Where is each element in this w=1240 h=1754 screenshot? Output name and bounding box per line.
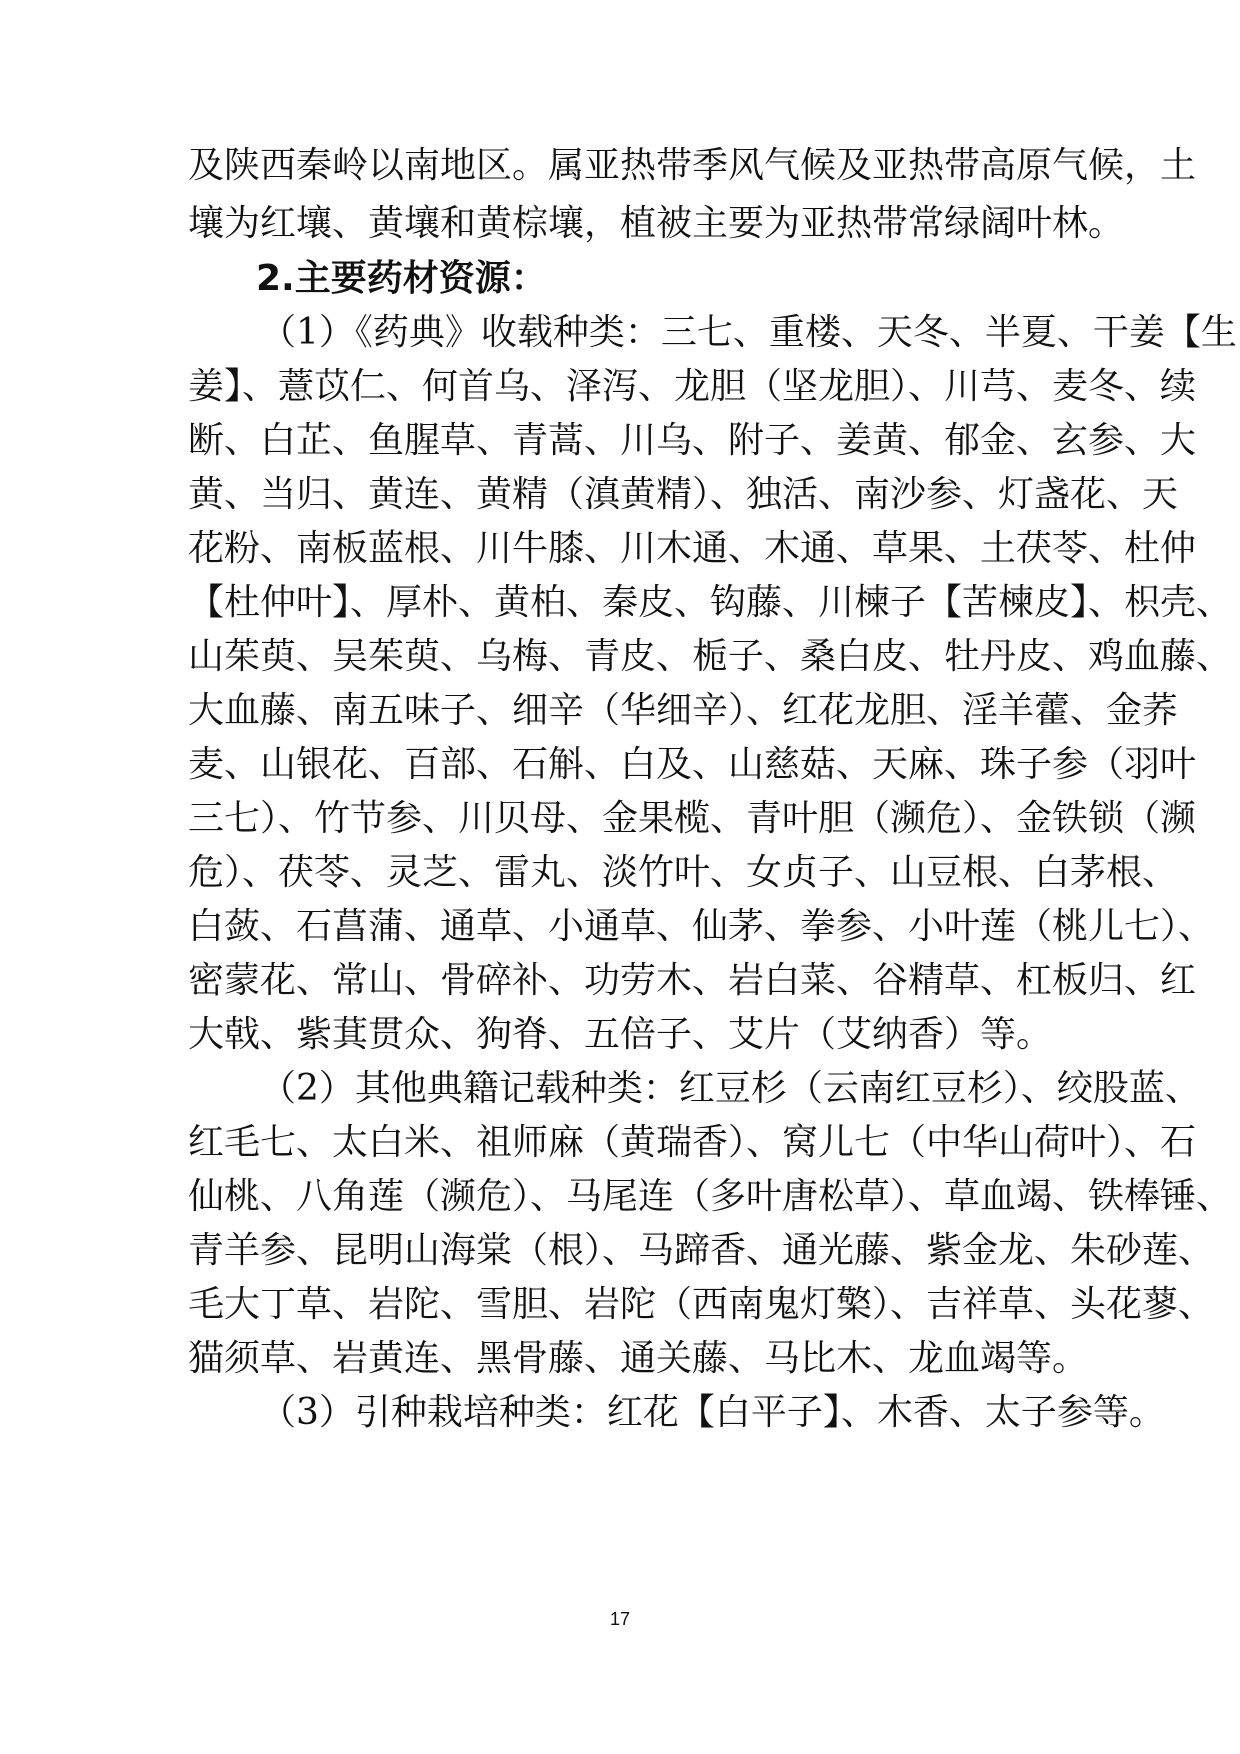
paragraph-line: 三七）、竹节参、川贝母、金果榄、青叶胆（濒危）、金铁锁（濒 [188, 790, 1052, 848]
paragraph-line: （2）其他典籍记载种类：红豆杉（云南红豆杉）、绞股蓝、 [260, 1060, 1052, 1118]
paragraph-line: 红毛七、太白米、祖师麻（黄瑞香）、窝儿七（中华山荷叶）、石 [188, 1114, 1052, 1172]
paragraph-line: （3）引种栽培种类：红花【白平子】、木香、太子参等。 [260, 1384, 1052, 1442]
paragraph-line: 断、白芷、鱼腥草、青蒿、川乌、附子、姜黄、郁金、玄参、大 [188, 412, 1052, 470]
paragraph-line: 大戟、紫萁贯众、狗脊、五倍子、艾片（艾纳香）等。 [188, 1006, 1052, 1064]
section-heading: 2.主要药材资源： [256, 250, 547, 308]
paragraph-line: 仙桃、八角莲（濒危）、马尾连（多叶唐松草）、草血竭、铁棒锤、 [188, 1168, 1052, 1226]
paragraph-line: 【杜仲叶】、厚朴、黄柏、秦皮、钩藤、川楝子【苦楝皮】、枳壳、 [188, 574, 1052, 632]
paragraph-line: 危）、茯苓、灵芝、雷丸、淡竹叶、女贞子、山豆根、白茅根、 [188, 844, 1052, 902]
paragraph-line: 山茱萸、吴茱萸、乌梅、青皮、栀子、桑白皮、牡丹皮、鸡血藤、 [188, 628, 1052, 686]
paragraph-line: 及陕西秦岭以南地区。属亚热带季风气候及亚热带高原气候，土 [188, 137, 1052, 195]
paragraph-line: 大血藤、南五味子、细辛（华细辛）、红花龙胆、淫羊藿、金荞 [188, 682, 1052, 740]
document-page: 及陕西秦岭以南地区。属亚热带季风气候及亚热带高原气候，土 壤为红壤、黄壤和黄棕壤… [0, 0, 1240, 1754]
paragraph-line: 壤为红壤、黄壤和黄棕壤，植被主要为亚热带常绿阔叶林。 [188, 195, 1052, 253]
paragraph-line: 猫须草、岩黄连、黑骨藤、通关藤、马比木、龙血竭等。 [188, 1330, 1052, 1388]
paragraph-line: 姜】、薏苡仁、何首乌、泽泻、龙胆（坚龙胆）、川芎、麦冬、续 [188, 358, 1052, 416]
paragraph-line: 青羊参、昆明山海棠（根）、马蹄香、通光藤、紫金龙、朱砂莲、 [188, 1222, 1052, 1280]
page-number: 17 [0, 1609, 1240, 1630]
paragraph-line: （1）《药典》收载种类：三七、重楼、天冬、半夏、干姜【生 [260, 304, 1052, 362]
paragraph-line: 毛大丁草、岩陀、雪胆、岩陀（西南鬼灯檠）、吉祥草、头花蓼、 [188, 1276, 1052, 1334]
paragraph-line: 麦、山银花、百部、石斛、白及、山慈菇、天麻、珠子参（羽叶 [188, 736, 1052, 794]
paragraph-line: 密蒙花、常山、骨碎补、功劳木、岩白菜、谷精草、杠板归、红 [188, 952, 1052, 1010]
paragraph-line: 花粉、南板蓝根、川牛膝、川木通、木通、草果、土茯苓、杜仲 [188, 520, 1052, 578]
paragraph-line: 白蔹、石菖蒲、通草、小通草、仙茅、拳参、小叶莲（桃儿七）、 [188, 898, 1052, 956]
paragraph-line: 黄、当归、黄连、黄精（滇黄精）、独活、南沙参、灯盏花、天 [188, 466, 1052, 524]
